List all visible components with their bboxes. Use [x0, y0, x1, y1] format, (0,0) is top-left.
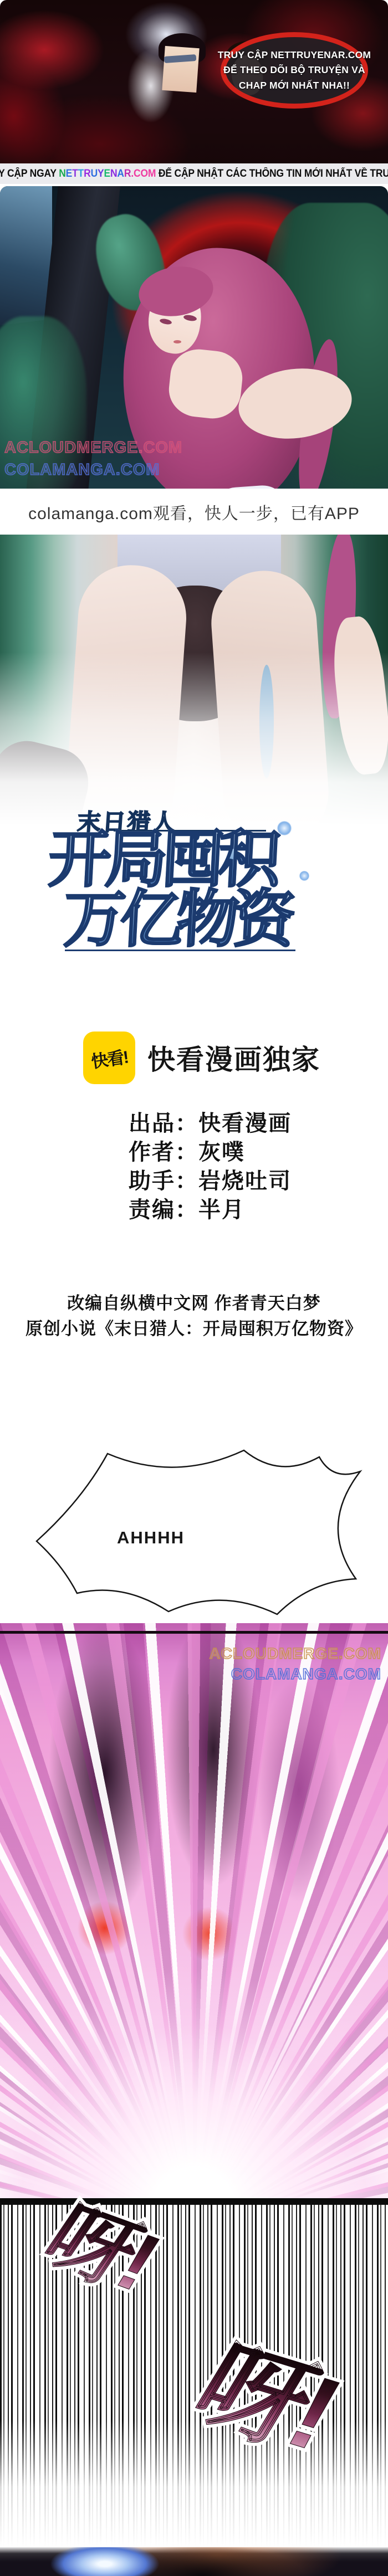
kuaikan-logo-text: 快看!: [89, 1043, 129, 1073]
promo-speech-bubble: TRUY CẬP NETTRUYENAR.COM ĐỂ THEO DÕI BỘ …: [221, 32, 368, 109]
comic-page: TRUY CẬP NETTRUYENAR.COM ĐỂ THEO DÕI BỘ …: [0, 0, 388, 2576]
speedline-panel: 呀! 呀! 呀! 呀!: [0, 2202, 388, 2576]
series-title-line2: 万亿物资: [62, 889, 292, 951]
sparkle-shape: [277, 821, 292, 835]
credit-line-producer: 出品：快看漫画: [129, 1109, 384, 1138]
promo-bubble-line: TRUY CẬP NETTRUYENAR.COM: [218, 48, 371, 63]
energy-burst-panel: ACLOUDMERGE.COM COLAMANGA.COM: [0, 1623, 388, 2202]
ad-banner-brand: NETTRUYENAR: [59, 168, 131, 179]
character-face-shape: [162, 46, 199, 93]
heroine-mouth-shape: [173, 340, 181, 343]
logo-underline: [65, 950, 295, 951]
panel-border-line: [0, 1631, 388, 1634]
glass-panel-shape: [0, 186, 52, 326]
publisher-row: 快看! 快看漫画独家: [0, 1030, 388, 1086]
ad-banner-text: TRUY CẬP NGAY NETTRUYENAR.COM ĐỂ CẬP NHẬ…: [0, 168, 388, 180]
ad-banner-domain: .COM: [131, 168, 156, 179]
credits-block: 出品：快看漫画 作者：灰噗 助手：岩烧吐司 责编：半月: [129, 1109, 384, 1224]
promo-text-band: colamanga.com观看，快人一步，已有APP: [0, 489, 388, 535]
cover-illustration-lower: [0, 535, 388, 844]
series-title-logo: 末日猎人 开局囤积 万亿物资: [0, 804, 388, 976]
kuaikan-logo: 快看!: [83, 1032, 135, 1084]
cover-illustration-upper: ACLOUDMERGE.COM COLAMANGA.COM: [0, 186, 388, 489]
ad-banner-suffix: ĐỂ CẬP NHẬT CÁC THÔNG TIN MỚI NHẤT VỀ TR…: [156, 168, 388, 179]
adaptation-line-source: 改编自纵横中文网 作者青天白梦: [0, 1291, 388, 1316]
white-fog-overlay: [0, 535, 388, 844]
watermark-acloudmerge: ACLOUDMERGE.COM: [4, 437, 182, 459]
adaptation-line-novel: 原创小说《末日猎人：开局囤积万亿物资》: [0, 1316, 388, 1342]
promo-band-text: colamanga.com观看，快人一步，已有APP: [28, 500, 360, 524]
publisher-exclusive-label: 快看漫画独家: [147, 1030, 320, 1084]
watermark-block: ACLOUDMERGE.COM COLAMANGA.COM: [4, 437, 182, 481]
watermark-acloudmerge: ACLOUDMERGE.COM: [209, 1643, 381, 1664]
scream-bubble: AHHHH: [29, 1447, 365, 1622]
credit-line-assistant: 助手：岩烧吐司: [129, 1167, 384, 1195]
bottom-scene-panel: [0, 2547, 388, 2576]
ad-banner: TRUY CẬP NGAY NETTRUYENAR.COM ĐỂ CẬP NHẬ…: [0, 163, 388, 184]
sparkle-shape: [299, 871, 309, 881]
watermark-colamanga: COLAMANGA.COM: [4, 459, 182, 481]
watermark-colamanga: COLAMANGA.COM: [209, 1664, 381, 1684]
sfx-glyph-ya-2: 呀! 呀!: [183, 2335, 343, 2461]
series-title-line1: 开局囤积: [47, 829, 277, 891]
promo-bubble-line: CHAP MỚI NHẤT NHA!!: [239, 78, 350, 93]
sfx-fill: 呀!: [34, 2196, 163, 2300]
adaptation-note: 改编自纵横中文网 作者青天白梦 原创小说《末日猎人：开局囤积万亿物资》: [0, 1291, 388, 1342]
ad-banner-prefix: TRUY CẬP NGAY: [0, 168, 59, 179]
ad-header-panel: TRUY CẬP NETTRUYENAR.COM ĐỂ THEO DÕI BỘ …: [0, 0, 388, 163]
sfx-fill: 呀!: [183, 2335, 343, 2461]
credit-line-editor: 责编：半月: [129, 1195, 384, 1224]
watermark-block: ACLOUDMERGE.COM COLAMANGA.COM: [209, 1643, 381, 1684]
sfx-glyph-ya-1: 呀! 呀!: [34, 2196, 163, 2300]
promo-bubble-line: ĐỂ THEO DÕI BỘ TRUYỆN VÀ: [223, 63, 365, 78]
scream-text: AHHHH: [95, 1528, 206, 1548]
credit-line-author: 作者：灰噗: [129, 1138, 384, 1167]
